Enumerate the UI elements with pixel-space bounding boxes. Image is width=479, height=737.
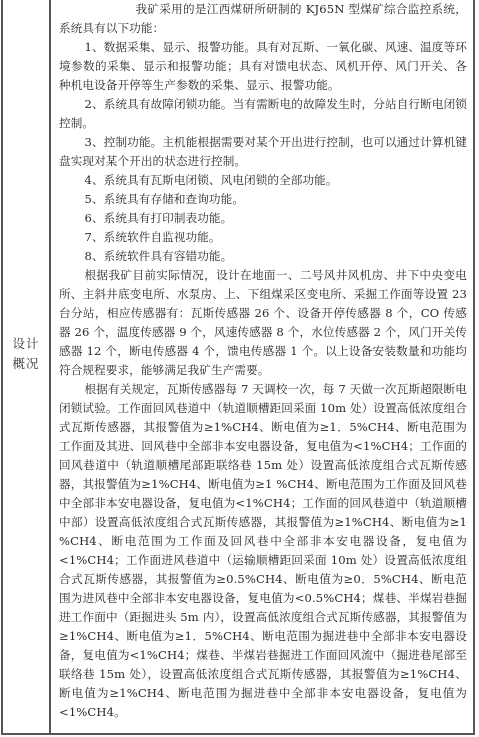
function-item-1: 1、数据采集、显示、报警功能。具有对瓦斯、一氧化碳、风速、温度等环境参数的采集、… [59, 38, 467, 95]
regulation-paragraph: 根据有关规定，瓦斯传感器每 7 天调校一次，每 7 天做一次瓦斯超限断电闭锁试验… [59, 380, 467, 722]
function-item-5: 5、系统具有存储和查询功能。 [59, 190, 467, 209]
function-item-2: 2、系统具有故障闭锁功能。当有需断电的故障发生时，分站自行断电闭锁控制。 [59, 95, 467, 133]
function-item-3: 3、控制功能。主机能根据需要对某个开出进行控制，也可以通过计算机键盘实现对某个开… [59, 133, 467, 171]
function-item-6: 6、系统具有打印制表功能。 [59, 209, 467, 228]
design-overview-table: 设计 概况 我矿采用的是江西煤研所研制的 KJ65N 型煤矿综合监控系统，系统具… [1, 0, 475, 735]
section-label-line2: 概况 [3, 354, 49, 374]
label-cell: 设计 概况 [3, 0, 51, 733]
content-cell: 我矿采用的是江西煤研所研制的 KJ65N 型煤矿综合监控系统，系统具有以下功能：… [51, 0, 473, 733]
function-item-4: 4、系统具有瓦斯电闭锁、风电闭锁的全部功能。 [59, 171, 467, 190]
intro-paragraph: 我矿采用的是江西煤研所研制的 KJ65N 型煤矿综合监控系统，系统具有以下功能： [59, 0, 467, 38]
section-label-line1: 设计 [3, 334, 49, 354]
installation-paragraph: 根据我矿目前实际情况，设计在地面一、二号风井风机房、井下中央变电所、主斜井底变电… [59, 266, 467, 380]
function-item-8: 8、系统软件具有容错功能。 [59, 247, 467, 266]
section-label: 设计 概况 [3, 334, 49, 374]
function-item-7: 7、系统软件自监视功能。 [59, 228, 467, 247]
